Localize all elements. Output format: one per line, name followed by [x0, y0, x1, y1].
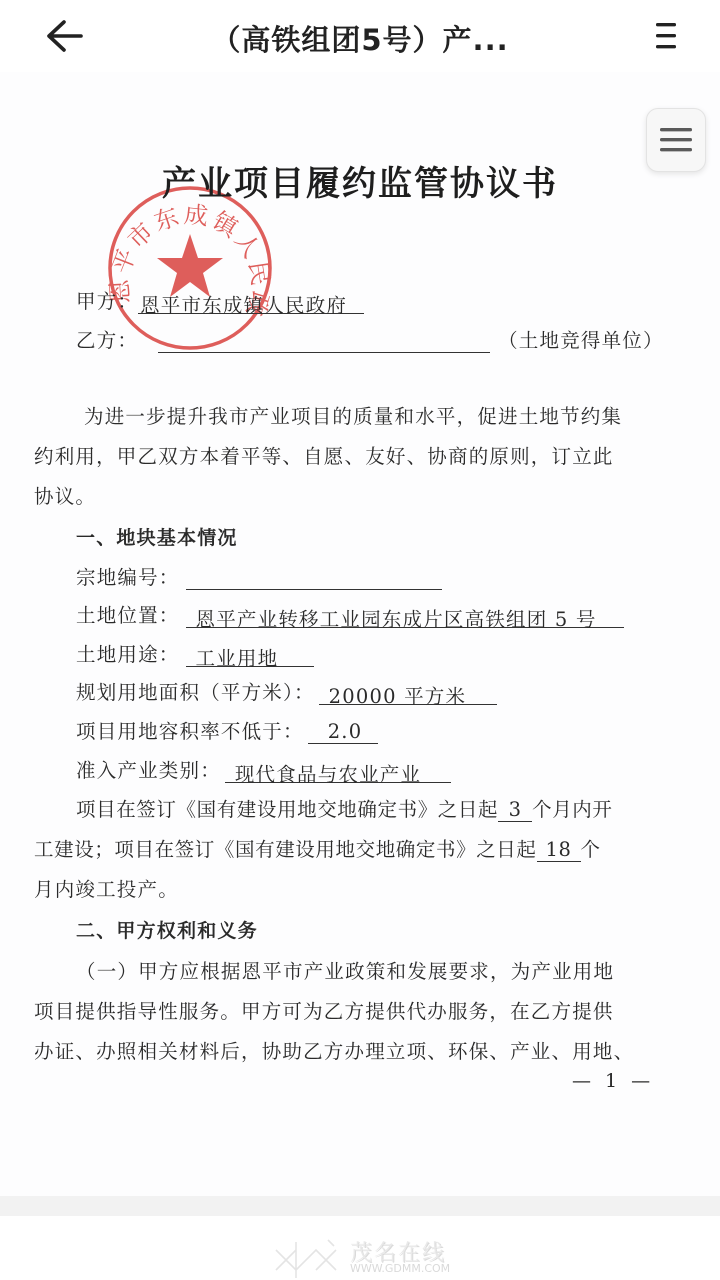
- start-months-value: 3: [498, 798, 532, 822]
- watermark-url: WWW.GDMM.COM: [350, 1262, 450, 1275]
- field-planned-area: 规划用地面积（平方米）：20000 平方米: [76, 677, 497, 705]
- footer: 茂名在线 WWW.GDMM.COM: [0, 1216, 720, 1280]
- field-value: 恩平产业转移工业园东成片区高铁组团 5 号: [186, 604, 624, 628]
- schedule-text: 个月内开: [532, 798, 612, 821]
- field-plot-ratio: 项目用地容积率不低于：2.0: [76, 716, 378, 744]
- document-page: 恩平市东成镇人民政府 产业项目履约监管协议书 甲方：恩平市东成镇人民政府 乙方：…: [0, 72, 720, 1196]
- section-2-line-1: （一）甲方应根据恩平市产业政策和发展要求，为产业用地: [76, 956, 614, 984]
- viewer-menu-button[interactable]: [646, 108, 706, 172]
- watermark-logo-icon: [268, 1236, 342, 1280]
- section-1-heading: 一、地块基本情况: [76, 523, 238, 550]
- watermark: 茂名在线 WWW.GDMM.COM: [268, 1236, 468, 1280]
- field-value: 工业用地: [186, 643, 314, 667]
- schedule-text: 个: [581, 838, 601, 861]
- field-parcel-number: 宗地编号：: [76, 562, 442, 590]
- page-number: — 1 —: [572, 1070, 654, 1092]
- field-label: 规划用地面积（平方米）：: [76, 681, 315, 704]
- arrow-left-icon: [44, 18, 84, 54]
- back-button[interactable]: [40, 14, 88, 58]
- complete-months-value: 18: [537, 838, 581, 862]
- document-viewer[interactable]: 恩平市东成镇人民政府 产业项目履约监管协议书 甲方：恩平市东成镇人民政府 乙方：…: [0, 72, 720, 1196]
- field-industry-category: 准入产业类别：现代食品与农业产业: [76, 755, 451, 783]
- field-value: 现代食品与农业产业: [225, 759, 451, 783]
- party-b-note: （土地竞得单位）: [498, 329, 664, 352]
- party-a-label: 甲方：: [76, 290, 138, 313]
- field-value: 2.0: [308, 720, 378, 744]
- schedule-text: 工建设；项目在签订《国有建设用地交地确定书》之日起: [34, 838, 537, 861]
- section-2-line-2: 项目提供指导性服务。甲方可为乙方提供代办服务，在乙方提供: [34, 996, 614, 1024]
- field-land-use: 土地用途：工业用地: [76, 639, 314, 667]
- field-value: [186, 566, 442, 590]
- document-title: 产业项目履约监管协议书: [0, 156, 720, 205]
- field-label: 宗地编号：: [76, 566, 180, 589]
- menu-icon: [655, 21, 677, 51]
- app-bar: （高铁组团5号）产...: [0, 0, 720, 72]
- party-a-value: 恩平市东成镇人民政府: [138, 290, 364, 314]
- schedule-line-2: 工建设；项目在签订《国有建设用地交地确定书》之日起18个: [34, 834, 601, 862]
- field-label: 土地用途：: [76, 643, 180, 666]
- field-label: 项目用地容积率不低于：: [76, 720, 304, 743]
- intro-line-1: 为进一步提升我市产业项目的质量和水平，促进土地节约集: [84, 401, 622, 429]
- section-2-line-3: 办证、办照相关材料后，协助乙方办理立项、环保、产业、用地、: [34, 1036, 634, 1064]
- party-b-value: [158, 329, 490, 353]
- field-label: 准入产业类别：: [76, 759, 221, 782]
- schedule-line-1: 项目在签订《国有建设用地交地确定书》之日起3个月内开: [76, 794, 613, 822]
- schedule-line-3: 月内竣工投产。: [34, 874, 179, 902]
- menu-button[interactable]: [648, 16, 684, 56]
- intro-line-3: 协议。: [34, 481, 96, 509]
- field-value: 20000 平方米: [319, 681, 497, 705]
- party-b-row: 乙方：（土地竞得单位）: [76, 325, 664, 353]
- field-label: 土地位置：: [76, 604, 180, 627]
- hamburger-icon: [659, 126, 693, 154]
- field-land-location: 土地位置：恩平产业转移工业园东成片区高铁组团 5 号: [76, 600, 624, 628]
- party-b-label: 乙方：: [76, 329, 138, 352]
- section-2-heading: 二、甲方权利和义务: [76, 916, 258, 943]
- intro-line-2: 约利用，甲乙双方本着平等、自愿、友好、协商的原则，订立此: [34, 441, 614, 469]
- party-a-row: 甲方：恩平市东成镇人民政府: [76, 286, 364, 314]
- schedule-text: 项目在签订《国有建设用地交地确定书》之日起: [76, 798, 498, 821]
- page-title: （高铁组团5号）产...: [110, 18, 610, 59]
- footer-divider: [0, 1196, 720, 1216]
